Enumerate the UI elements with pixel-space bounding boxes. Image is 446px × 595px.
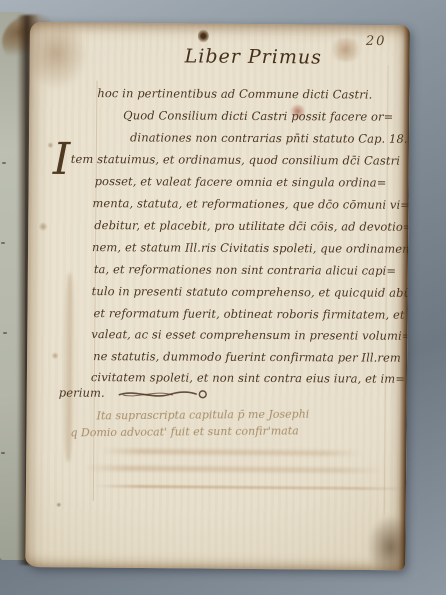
manuscript-line: ta, et reformationes non sint contraria … (94, 263, 396, 278)
manuscript-line: et reformatum fuerit, obtineat roboris f… (93, 307, 404, 322)
manuscript-line: debitur, et placebit, pro utilitate dc̄i… (94, 219, 410, 234)
manuscript-line: ne statutis, dummodo fuerint confirmata … (93, 350, 401, 365)
manuscript-line: perium. (59, 387, 213, 402)
facing-page-ink-mark (1, 452, 5, 454)
manuscript-line: dinationes non contrarias pn̄ti statuto … (130, 131, 408, 146)
manuscript-line: hoc in pertinentibus ad Commune dicti Ca… (97, 87, 372, 102)
facing-page-ink-mark (3, 332, 7, 334)
manuscript-line: I tem statuimus, et ordinamus, quod cons… (71, 153, 400, 169)
manuscript-line-text: tem statuimus, et ordinamus, quod consil… (71, 152, 400, 168)
manuscript-line: menta, statuta, et reformationes, que dc… (92, 197, 410, 212)
facing-page-ink-mark (2, 162, 6, 164)
page-title: Liber Primus (185, 45, 322, 68)
manuscript-page: 20 Liber Primus hoc in pertinentibus ad … (25, 22, 410, 570)
page-number: 20 (366, 34, 387, 49)
photo-background: 20 Liber Primus hoc in pertinentibus ad … (0, 0, 446, 595)
manuscript-line-text: perium. (59, 386, 105, 400)
confirmation-note-line: Ita suprascripta capitula p̄ me Josephi (97, 408, 310, 423)
manuscript-line: tulo in presenti statuto comprehenso, et… (92, 285, 410, 300)
confirmation-note-line: q Domio advocat' fuit et sunt confir'mat… (70, 424, 298, 439)
browned-corner (367, 514, 410, 570)
manuscript-line: valeat, ac si esset comprehensum in pres… (91, 328, 410, 343)
initial-letter-I: I (53, 138, 71, 182)
manuscript-line: Quod Consilium dicti Castri possit facer… (123, 109, 393, 124)
flourish-ornament (117, 387, 213, 402)
facing-page-ink-mark (1, 242, 5, 244)
manuscript-line: posset, et valeat facere omnia et singul… (95, 175, 387, 190)
manuscript-line: civitatem spoleti, et non sint contra ei… (91, 371, 405, 386)
manuscript-line: nem, et statum Ill.ris Civitatis spoleti… (92, 241, 410, 257)
